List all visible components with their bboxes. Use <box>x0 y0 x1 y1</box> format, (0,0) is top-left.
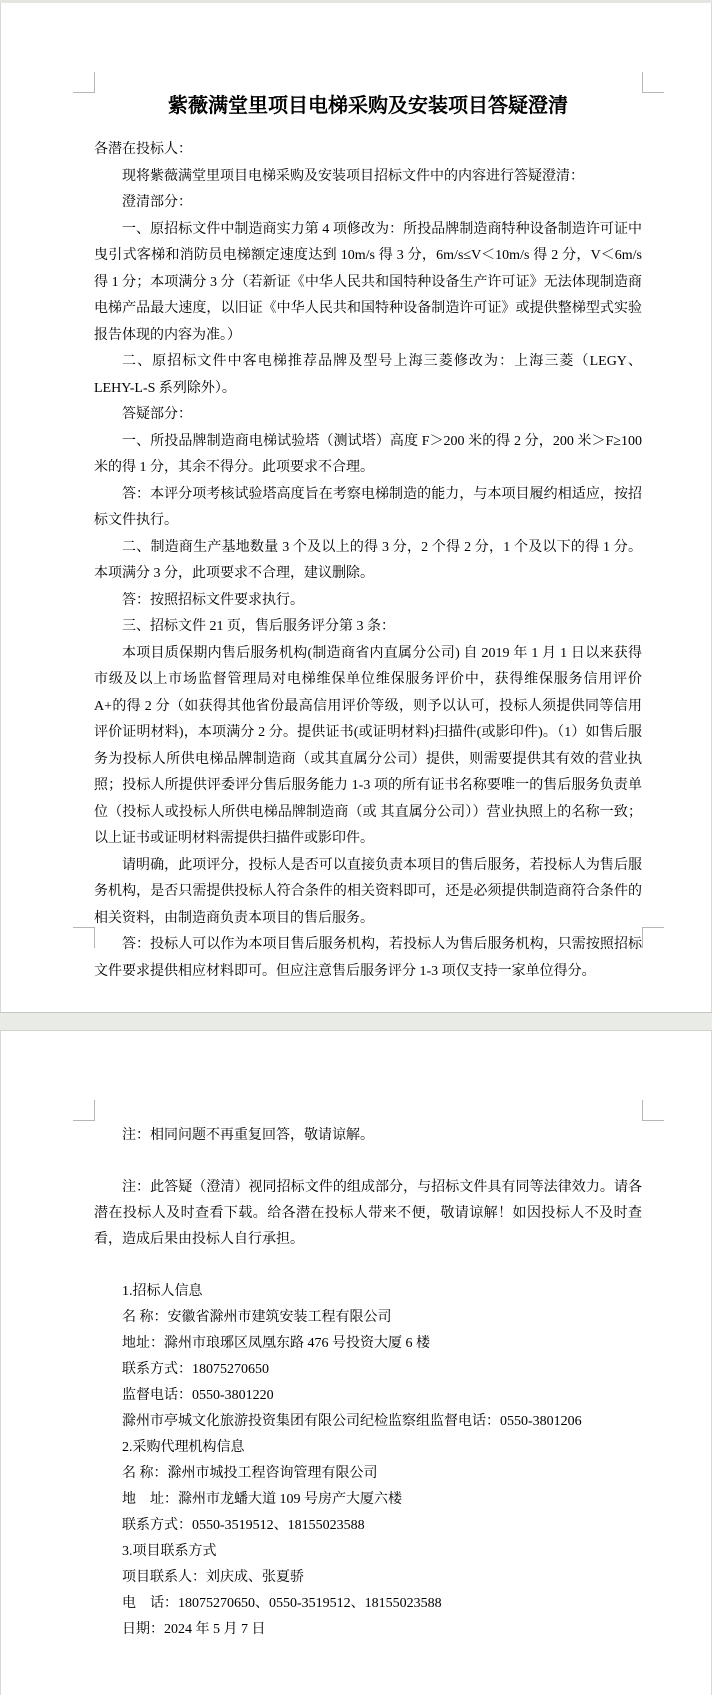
paragraph: 监督电话：0550-3801220 <box>94 1383 642 1409</box>
paragraph: 注：此答疑（澄清）视同招标文件的组成部分，与招标文件具有同等法律效力。请各潜在投… <box>94 1175 642 1253</box>
page-1-content: 紫薇满堂里项目电梯采购及安装项目答疑澄清 各潜在投标人：现将紫薇满堂里项目电梯采… <box>94 89 642 985</box>
page-2-content: 注：相同问题不再重复回答，敬请谅解。注：此答疑（澄清）视同招标文件的组成部分，与… <box>94 1123 642 1643</box>
margin-corner-mark-top-left <box>73 1100 95 1121</box>
paragraph: 地址：滁州市琅琊区凤凰东路 476 号投资大厦 6 楼 <box>94 1331 642 1357</box>
paragraph: 请明确，此项评分，投标人是否可以直接负责本项目的售后服务，若投标人为售后服务机构… <box>94 853 642 933</box>
blank-line <box>94 1149 642 1175</box>
paragraph: 澄清部分： <box>94 190 642 217</box>
paragraph: 名 称：安徽省滁州市建筑安装工程有限公司 <box>94 1305 642 1331</box>
paragraph: 电 话：18075270650、0550-3519512、18155023588 <box>94 1591 642 1617</box>
paragraph: 答疑部分： <box>94 402 642 429</box>
page-divider <box>0 1012 712 1031</box>
paragraph: 二、制造商生产基地数量 3 个及以上的得 3 分，2 个得 2 分，1 个及以下… <box>94 535 642 588</box>
paragraph: 2.采购代理机构信息 <box>94 1435 642 1461</box>
page-2: 注：相同问题不再重复回答，敬请谅解。注：此答疑（澄清）视同招标文件的组成部分，与… <box>0 1031 712 1695</box>
paragraph: 二、原招标文件中客电梯推荐品牌及型号上海三菱修改为：上海三菱（LEGY、LEHY… <box>94 349 642 402</box>
paragraph: 名 称：滁州市城投工程咨询管理有限公司 <box>94 1461 642 1487</box>
margin-corner-mark-top-left <box>73 72 95 93</box>
paragraph: 联系方式：0550-3519512、18155023588 <box>94 1513 642 1539</box>
margin-corner-mark-top-right <box>642 1100 664 1121</box>
paragraph: 滁州市亭城文化旅游投资集团有限公司纪检监察组监督电话：0550-3801206 <box>94 1409 642 1435</box>
paragraph: 答：投标人可以作为本项目售后服务机构，若投标人为售后服务机构，只需按照招标文件要… <box>94 932 642 985</box>
paragraph: 1.招标人信息 <box>94 1279 642 1305</box>
paragraph: 联系方式：18075270650 <box>94 1357 642 1383</box>
page-2-paragraphs: 注：相同问题不再重复回答，敬请谅解。注：此答疑（澄清）视同招标文件的组成部分，与… <box>94 1123 642 1643</box>
paragraph: 三、招标文件 21 页，售后服务评分第 3 条： <box>94 614 642 641</box>
margin-corner-mark-top-right <box>642 72 664 93</box>
document-viewer: 紫薇满堂里项目电梯采购及安装项目答疑澄清 各潜在投标人：现将紫薇满堂里项目电梯采… <box>0 3 712 1695</box>
paragraph: 本项目质保期内售后服务机构(制造商省内直属分公司) 自 2019 年 1 月 1… <box>94 641 642 853</box>
margin-corner-mark-bottom-right <box>642 927 664 948</box>
page-1: 紫薇满堂里项目电梯采购及安装项目答疑澄清 各潜在投标人：现将紫薇满堂里项目电梯采… <box>0 3 712 1012</box>
paragraph: 一、所投品牌制造商电梯试验塔（测试塔）高度 F＞200 米的得 2 分，200 … <box>94 429 642 482</box>
paragraph: 注：相同问题不再重复回答，敬请谅解。 <box>94 1123 642 1149</box>
paragraph: 3.项目联系方式 <box>94 1539 642 1565</box>
blank-line <box>94 1253 642 1279</box>
paragraph: 一、原招标文件中制造商实力第 4 项修改为：所投品牌制造商特种设备制造许可证中曳… <box>94 217 642 350</box>
paragraph: 各潜在投标人： <box>94 137 642 164</box>
paragraph: 地 址：滁州市龙蟠大道 109 号房产大厦六楼 <box>94 1487 642 1513</box>
margin-corner-mark-bottom-left <box>73 927 95 948</box>
paragraph: 答：按照招标文件要求执行。 <box>94 588 642 615</box>
paragraph: 日期：2024 年 5 月 7 日 <box>94 1617 642 1643</box>
page-1-paragraphs: 各潜在投标人：现将紫薇满堂里项目电梯采购及安装项目招标文件中的内容进行答疑澄清：… <box>94 137 642 985</box>
document-title: 紫薇满堂里项目电梯采购及安装项目答疑澄清 <box>94 89 642 123</box>
paragraph: 现将紫薇满堂里项目电梯采购及安装项目招标文件中的内容进行答疑澄清： <box>94 164 642 191</box>
paragraph: 项目联系人：刘庆成、张夏骄 <box>94 1565 642 1591</box>
paragraph: 答：本评分项考核试验塔高度旨在考察电梯制造的能力，与本项目履约相适应，按招标文件… <box>94 482 642 535</box>
